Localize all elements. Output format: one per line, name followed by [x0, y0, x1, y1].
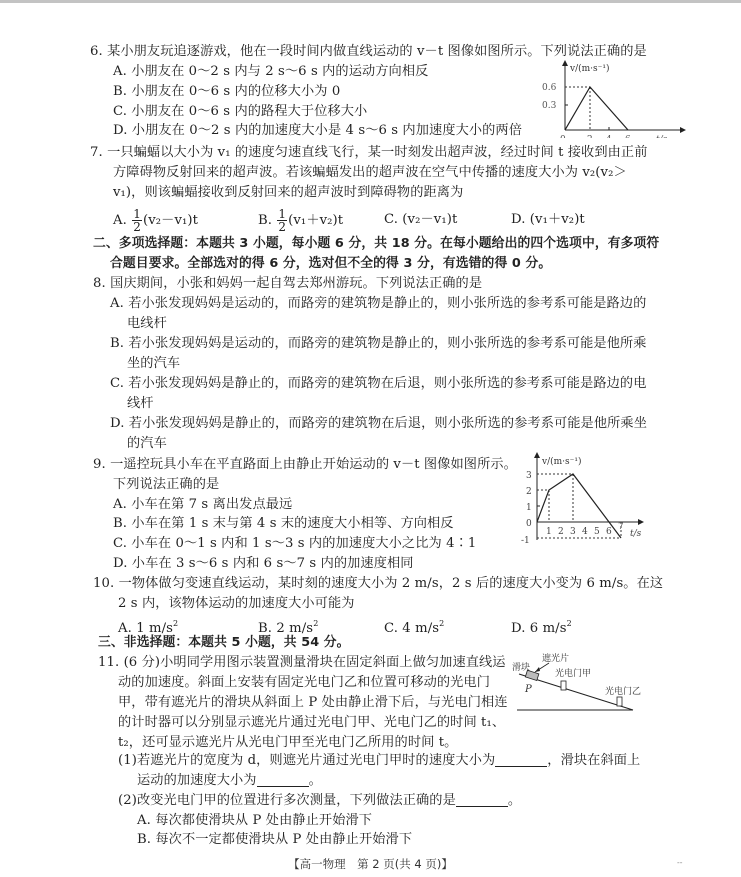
- q10-stem-line-2: 2 s 内，该物体运动的加速度大小可能为: [118, 595, 355, 613]
- q8-option-c: C. 若小张发现妈妈是静止的，而路旁的建筑物在后退，则小张所选的参考系可能是路边…: [110, 375, 647, 393]
- q7-stem-line-1: 7. 一只蝙蝠以大小为 v₁ 的速度匀速直线飞行，某一时刻发出超声波，经过时间 …: [90, 144, 648, 162]
- gate-a-icon: [561, 681, 566, 690]
- q8-option-a-cont: 电线杆: [127, 315, 167, 333]
- answer-blank-2[interactable]: [257, 773, 309, 787]
- q8-stem: 8. 国庆期间，小张和妈妈一起自驾去郑州游玩。下列说法正确的是: [93, 275, 482, 293]
- q6-option-b: B. 小朋友在 0～6 s 内的位移大小为 0: [113, 83, 340, 101]
- q9-ylabel: v/(m·s⁻¹): [541, 456, 582, 467]
- section-2-heading: 二、多项选择题：本题共 3 小题，每小题 6 分，共 18 分。在每小题给出的四…: [93, 235, 659, 253]
- q8-option-c-cont: 线杆: [127, 395, 154, 413]
- q7-option-b: B. 12(v₁＋v₂)t: [258, 208, 343, 233]
- svg-text:1: 1: [546, 527, 552, 537]
- q9-stem-line-1: 9. 一遥控玩具小车在平直路面上由静止开始运动的 v－t 图像如图所示。: [93, 456, 517, 474]
- q7-option-a: A. 12(v₂－v₁)t: [113, 208, 198, 233]
- svg-text:0: 0: [526, 519, 532, 529]
- q8-option-d-cont: 的汽车: [127, 435, 167, 453]
- q9-option-d: D. 小车在 3 s～6 s 内和 6 s～7 s 内的加速度相同: [113, 555, 414, 573]
- q11-option-b: B. 每次不一定都使滑块从 P 处由静止开始滑下: [137, 831, 412, 849]
- q10-option-d: D. 6 m/s2: [511, 615, 572, 638]
- q11-option-a: A. 每次都使滑块从 P 处由静止开始滑下: [137, 812, 372, 830]
- svg-text:t/s: t/s: [630, 529, 642, 539]
- q11-part-2: (2)改变光电门甲的位置进行多次测量，下列做法正确的是。: [118, 792, 521, 810]
- q8-option-b: B. 若小张发现妈妈是运动的，而路旁的建筑物是静止的，则小张所选的参考系可能是他…: [110, 335, 647, 353]
- svg-text:0: 0: [560, 135, 566, 138]
- svg-text:遮光片: 遮光片: [542, 652, 569, 664]
- q11-part-1: (1)若遮光片的宽度为 d，则遮光片通过光电门甲时的速度大小为，滑块在斜面上: [118, 752, 640, 770]
- q10-stem-line-1: 10. 一物体做匀变速直线运动，某时刻的速度大小为 2 m/s，2 s 后的速度…: [93, 575, 663, 593]
- svg-text:3: 3: [570, 527, 576, 537]
- q11-stem-line-2: 动的加速度。斜面上安装有固定光电门乙和位置可移动的光电门: [118, 674, 490, 692]
- corner-mark: --: [677, 858, 682, 867]
- svg-text:6: 6: [625, 135, 631, 138]
- svg-text:4: 4: [606, 135, 612, 138]
- q7-stem-line-3: v₁)，则该蝙蝠接收到反射回来的超声波时到障碍物的距离为: [113, 184, 463, 202]
- q8-option-d: D. 若小张发现妈妈是静止的，而路旁的建筑物在后退，则小张所选的参考系可能是他所…: [110, 415, 647, 433]
- svg-text:2: 2: [558, 527, 564, 537]
- svg-text:P: P: [524, 684, 532, 695]
- svg-text:2: 2: [587, 135, 593, 138]
- q9-stem-line-2: 下列说法正确的是: [113, 476, 219, 494]
- q9-option-c: C. 小车在 0～1 s 内和 1 s～3 s 内的加速度大小之比为 4∶1: [113, 535, 476, 553]
- q9-option-b: B. 小车在第 1 s 末与第 4 s 末的速度大小相等、方向相反: [113, 515, 454, 533]
- q6-option-a: A. 小朋友在 0～2 s 内与 2 s～6 s 内的运动方向相反: [113, 63, 428, 81]
- svg-text:-1: -1: [521, 536, 530, 545]
- q9-option-a: A. 小车在第 7 s 离出发点最远: [113, 496, 292, 514]
- q10-option-c: C. 4 m/s2: [384, 615, 444, 638]
- svg-text:0.6: 0.6: [542, 83, 557, 93]
- q6-ylabel: v/(m·s⁻¹): [569, 63, 610, 74]
- svg-text:4: 4: [582, 527, 588, 537]
- q11-stem-line-3: 甲，带有遮光片的滑块从斜面上 P 处由静止滑下后，与光电门相连: [118, 694, 508, 712]
- svg-text:0.3: 0.3: [542, 101, 557, 111]
- svg-text:滑块: 滑块: [512, 661, 530, 673]
- svg-text:3: 3: [526, 471, 532, 481]
- svg-text:光电门甲: 光电门甲: [555, 667, 591, 679]
- svg-text:2: 2: [526, 487, 532, 497]
- q11-stem-line-5: t₂，还可显示遮光片从光电门甲至光电门乙所用的时间 t。: [118, 734, 457, 752]
- q11-part-1-cont: 运动的加速度大小为。: [137, 772, 322, 790]
- svg-text:5: 5: [594, 527, 600, 537]
- q7-option-c: C. (v₂－v₁)t: [384, 211, 457, 229]
- q8-option-a: A. 若小张发现妈妈是运动的，而路旁的建筑物是静止的，则小张所选的参考系可能是路…: [110, 295, 646, 313]
- q11-stem-line-4: 的计时器可以分别显示遮光片通过光电门甲、光电门乙的时间 t₁、: [118, 714, 505, 732]
- svg-text:光电门乙: 光电门乙: [605, 685, 641, 697]
- top-border: [0, 0, 741, 3]
- q11-stem-line-1: 11. (6 分)小明同学用图示装置测量滑块在固定斜面上做匀加速直线运: [98, 654, 506, 672]
- q7-stem-line-2: 方障碍物反射回来的超声波。若该蝙蝠发出的超声波在空气中传播的速度大小为 v₂(v…: [113, 164, 627, 182]
- gate-b-icon: [617, 697, 622, 706]
- svg-text:6: 6: [606, 527, 612, 537]
- answer-blank-3[interactable]: [456, 793, 508, 807]
- q6-option-d: D. 小朋友在 0～2 s 内的加速度大小是 4 s～6 s 内加速度大小的两倍: [113, 122, 522, 140]
- svg-text:t/s: t/s: [656, 135, 668, 138]
- page-footer: 【高一物理 第 2 页(共 4 页)】: [0, 856, 741, 872]
- answer-blank-1[interactable]: [495, 753, 547, 767]
- svg-text:1: 1: [526, 503, 532, 513]
- section-2-heading-cont: 合题目要求。全部选对的得 6 分，选对但不全的得 3 分，有选错的得 0 分。: [110, 255, 551, 273]
- q6-vt-graph: v/(m·s⁻¹) 0.6 0.3 0 2 4 6 t/s: [540, 58, 690, 138]
- q11-apparatus-diagram: 滑块 遮光片 P 光电门甲 光电门乙: [505, 648, 685, 720]
- q9-vt-graph: v/(m·s⁻¹) 3 2 1 0 -1 1 2 3 4 5 6 7 t/s: [520, 450, 655, 545]
- q8-option-b-cont: 坐的汽车: [127, 355, 180, 373]
- q7-option-d: D. (v₁＋v₂)t: [511, 211, 585, 229]
- q6-option-c: C. 小朋友在 0～6 s 内的路程大于位移大小: [113, 103, 367, 121]
- section-3-heading: 三、非选择题：本题共 5 小题，共 54 分。: [98, 634, 350, 652]
